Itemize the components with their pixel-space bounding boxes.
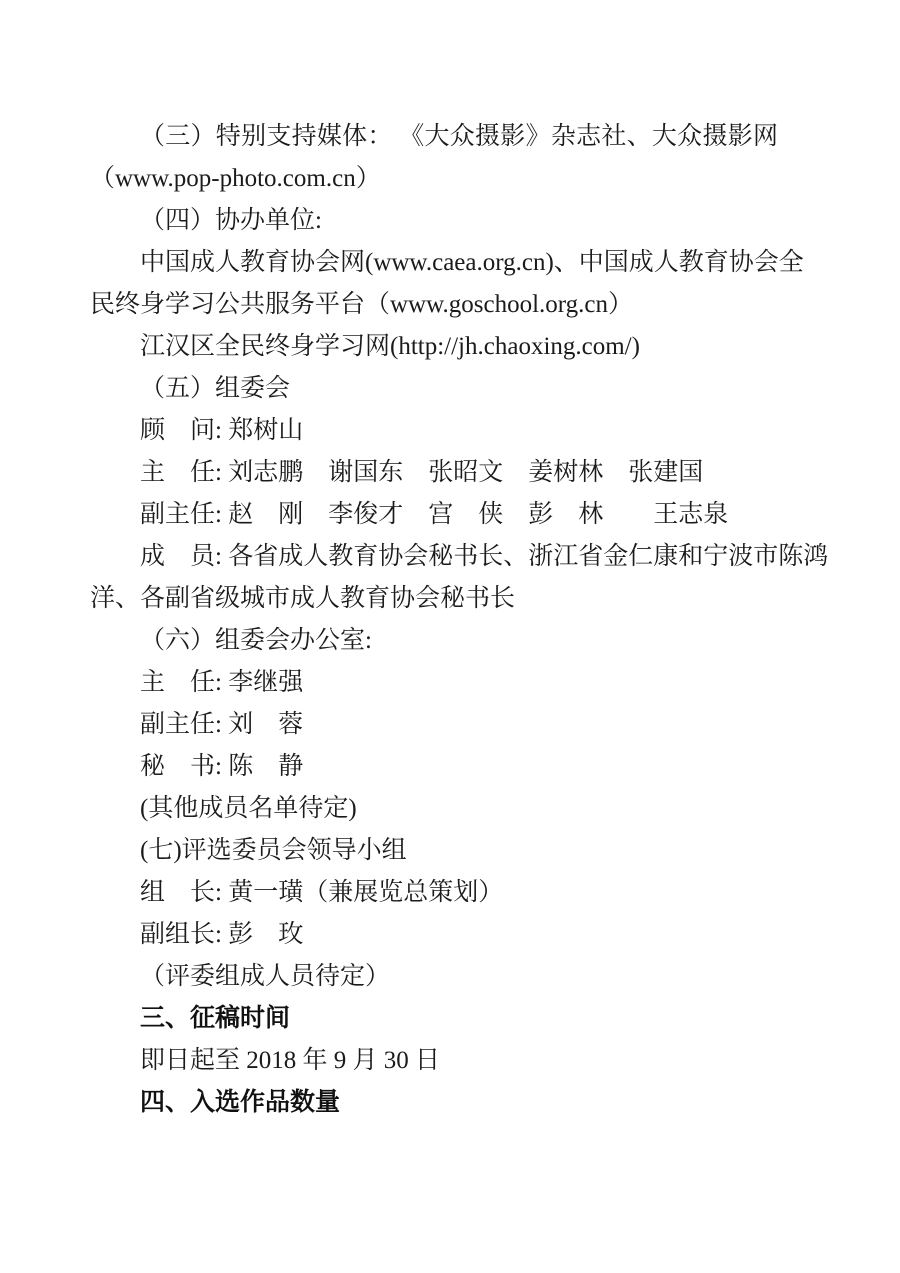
line-directors: 主 任: 刘志鹏 谢国东 张昭文 姜树林 张建国	[90, 452, 778, 494]
line-members: 成 员: 各省成人教育协会秘书长、浙江省金仁康和宁波市陈鸿	[90, 536, 778, 578]
line-deputy-group-leader: 副组长: 彭 玫	[90, 914, 778, 956]
line-organizing-committee-heading: （五）组委会	[90, 368, 778, 410]
line-office-director: 主 任: 李继强	[90, 662, 778, 704]
line-jianghan-lifelong-learning-url: 江汉区全民终身学习网(http://jh.chaoxing.com/)	[90, 326, 778, 368]
line-committee-office-heading: （六）组委会办公室:	[90, 620, 778, 662]
line-selection-committee-heading: (七)评选委员会领导小组	[90, 830, 778, 872]
line-special-support-media: （三）特别支持媒体： 《大众摄影》杂志社、大众摄影网	[90, 116, 778, 158]
line-co-organizer-list-continuation: 民终身学习公共服务平台（www.goschool.org.cn）	[90, 284, 778, 326]
line-deputy-directors: 副主任: 赵 刚 李俊才 宫 侠 彭 林 王志泉	[90, 494, 778, 536]
line-members-continuation: 洋、各副省级城市成人教育协会秘书长	[90, 578, 778, 620]
line-office-secretary: 秘 书: 陈 静	[90, 746, 778, 788]
line-office-deputy-director: 副主任: 刘 蓉	[90, 704, 778, 746]
line-group-leader: 组 长: 黄一璜（兼展览总策划）	[90, 872, 778, 914]
line-co-organizer-list: 中国成人教育协会网(www.caea.org.cn)、中国成人教育协会全	[90, 242, 778, 284]
document-page: （三）特别支持媒体： 《大众摄影》杂志社、大众摄影网 （www.pop-phot…	[0, 0, 900, 1273]
line-judges-pending-note: （评委组成人员待定）	[90, 956, 778, 998]
line-co-organizer-heading: （四）协办单位:	[90, 200, 778, 242]
line-advisor: 顾 问: 郑树山	[90, 410, 778, 452]
line-submission-deadline: 即日起至 2018 年 9 月 30 日	[90, 1040, 778, 1082]
line-pop-photo-url: （www.pop-photo.com.cn）	[90, 158, 778, 200]
line-other-members-note: (其他成员名单待定)	[90, 788, 778, 830]
section-heading-submission-time: 三、征稿时间	[90, 998, 778, 1040]
section-heading-selected-works-count: 四、入选作品数量	[90, 1082, 778, 1124]
